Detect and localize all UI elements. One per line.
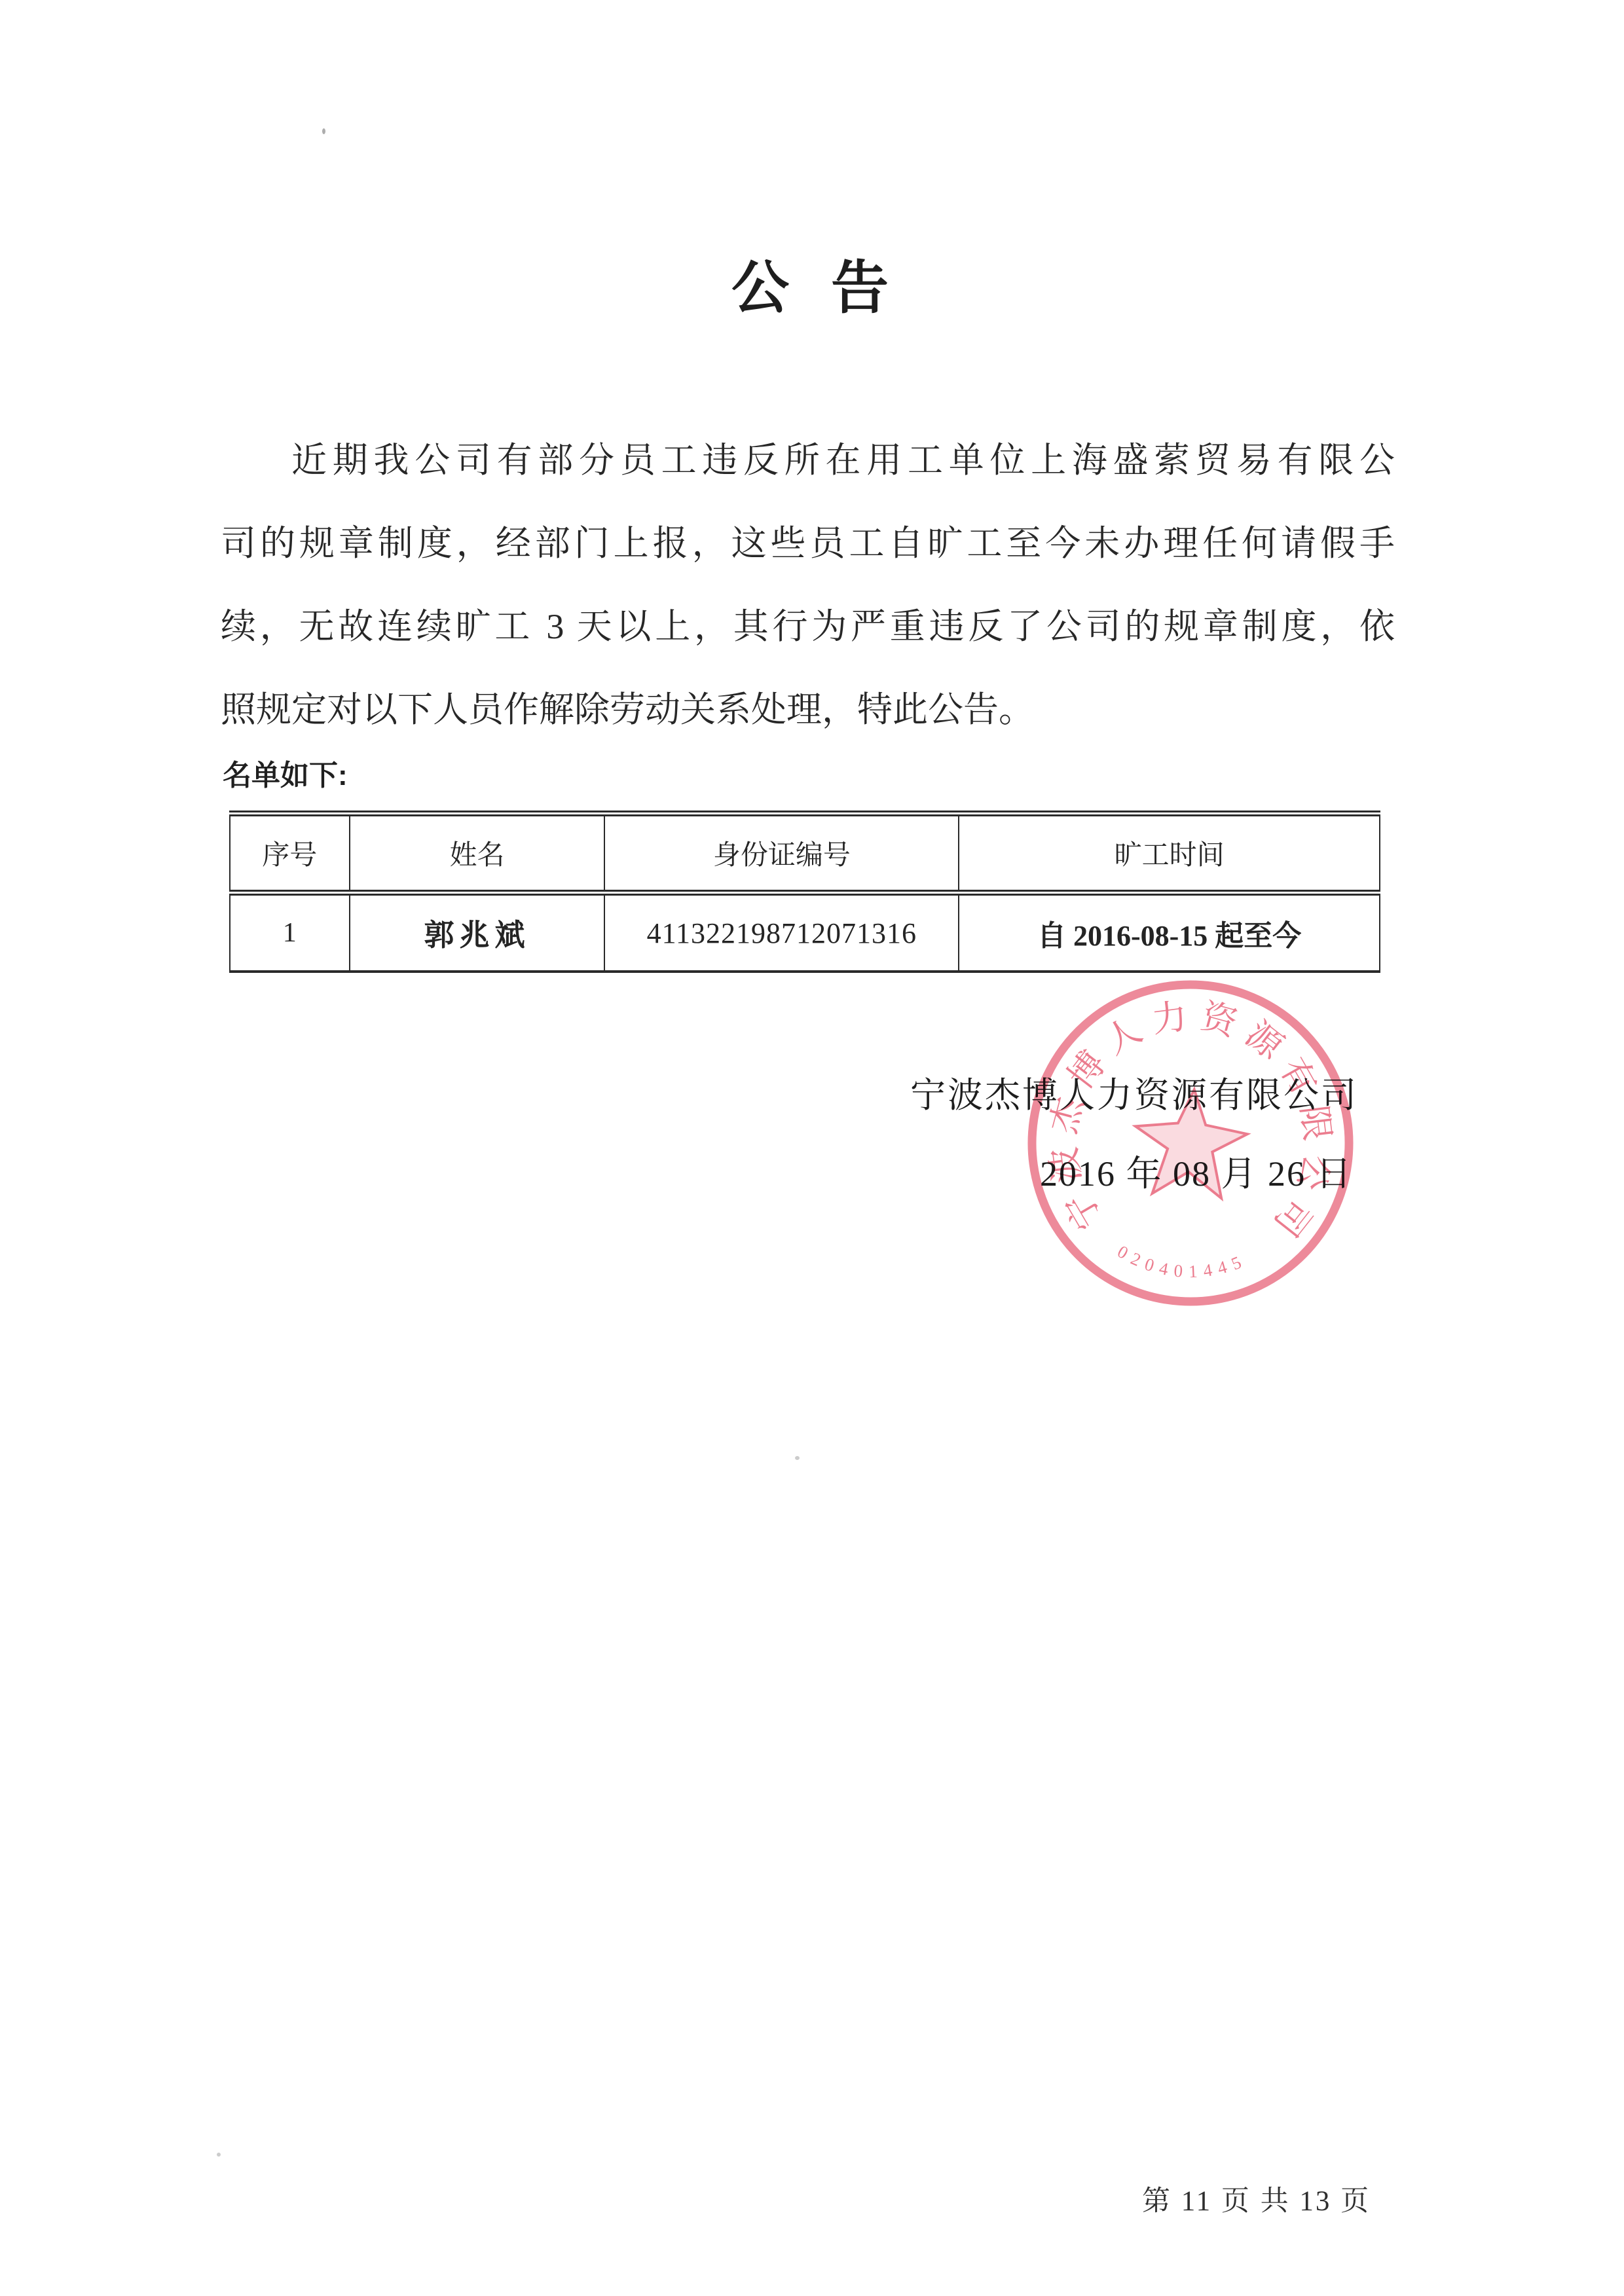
announcement-body: 近期我公司有部分员工违反所在用工单位上海盛萦贸易有限公 司的规章制度，经部门上报… xyxy=(221,419,1395,752)
cell-employee-name: 郭兆斌 xyxy=(350,893,605,972)
body-line: 照规定对以下人员作解除劳动关系处理，特此公告。 xyxy=(221,668,1395,752)
cell-id-number: 411322198712071316 xyxy=(604,893,959,972)
scan-speck xyxy=(217,2153,221,2157)
header-serial-no: 序号 xyxy=(230,814,350,893)
cell-absence-period: 自 2016-08-15 起至今 xyxy=(959,893,1380,972)
page-title: 公 告 xyxy=(0,242,1624,325)
dismissal-table: 序号 姓名 身份证编号 旷工时间 1 郭兆斌 41132219871207131… xyxy=(229,811,1380,973)
cell-serial-no: 1 xyxy=(230,893,350,972)
company-seal-stamp: 宁波杰博人力资源有限公司 3302040144565 xyxy=(1008,961,1372,1324)
body-line: 续，无故连续旷工 3 天以上，其行为严重违反了公司的规章制度，依 xyxy=(221,585,1395,668)
scan-speck xyxy=(795,1456,800,1460)
body-line: 近期我公司有部分员工违反所在用工单位上海盛萦贸易有限公 xyxy=(221,419,1395,502)
document-page: 公 告 近期我公司有部分员工违反所在用工单位上海盛萦贸易有限公 司的规章制度，经… xyxy=(0,0,1624,2296)
header-id-number: 身份证编号 xyxy=(604,814,959,893)
body-line: 司的规章制度，经部门上报，这些员工自旷工至今未办理任何请假手 xyxy=(221,502,1395,585)
table-row: 1 郭兆斌 411322198712071316 自 2016-08-15 起至… xyxy=(230,893,1380,972)
header-name: 姓名 xyxy=(350,814,605,893)
table-header-row: 序号 姓名 身份证编号 旷工时间 xyxy=(230,814,1380,893)
scan-speck xyxy=(322,128,325,134)
page-number-indicator: 第 11 页 共 13 页 xyxy=(1142,2179,1371,2219)
seal-star-icon xyxy=(1131,1085,1250,1199)
header-absence-time: 旷工时间 xyxy=(959,814,1380,893)
list-label: 名单如下: xyxy=(223,752,348,793)
